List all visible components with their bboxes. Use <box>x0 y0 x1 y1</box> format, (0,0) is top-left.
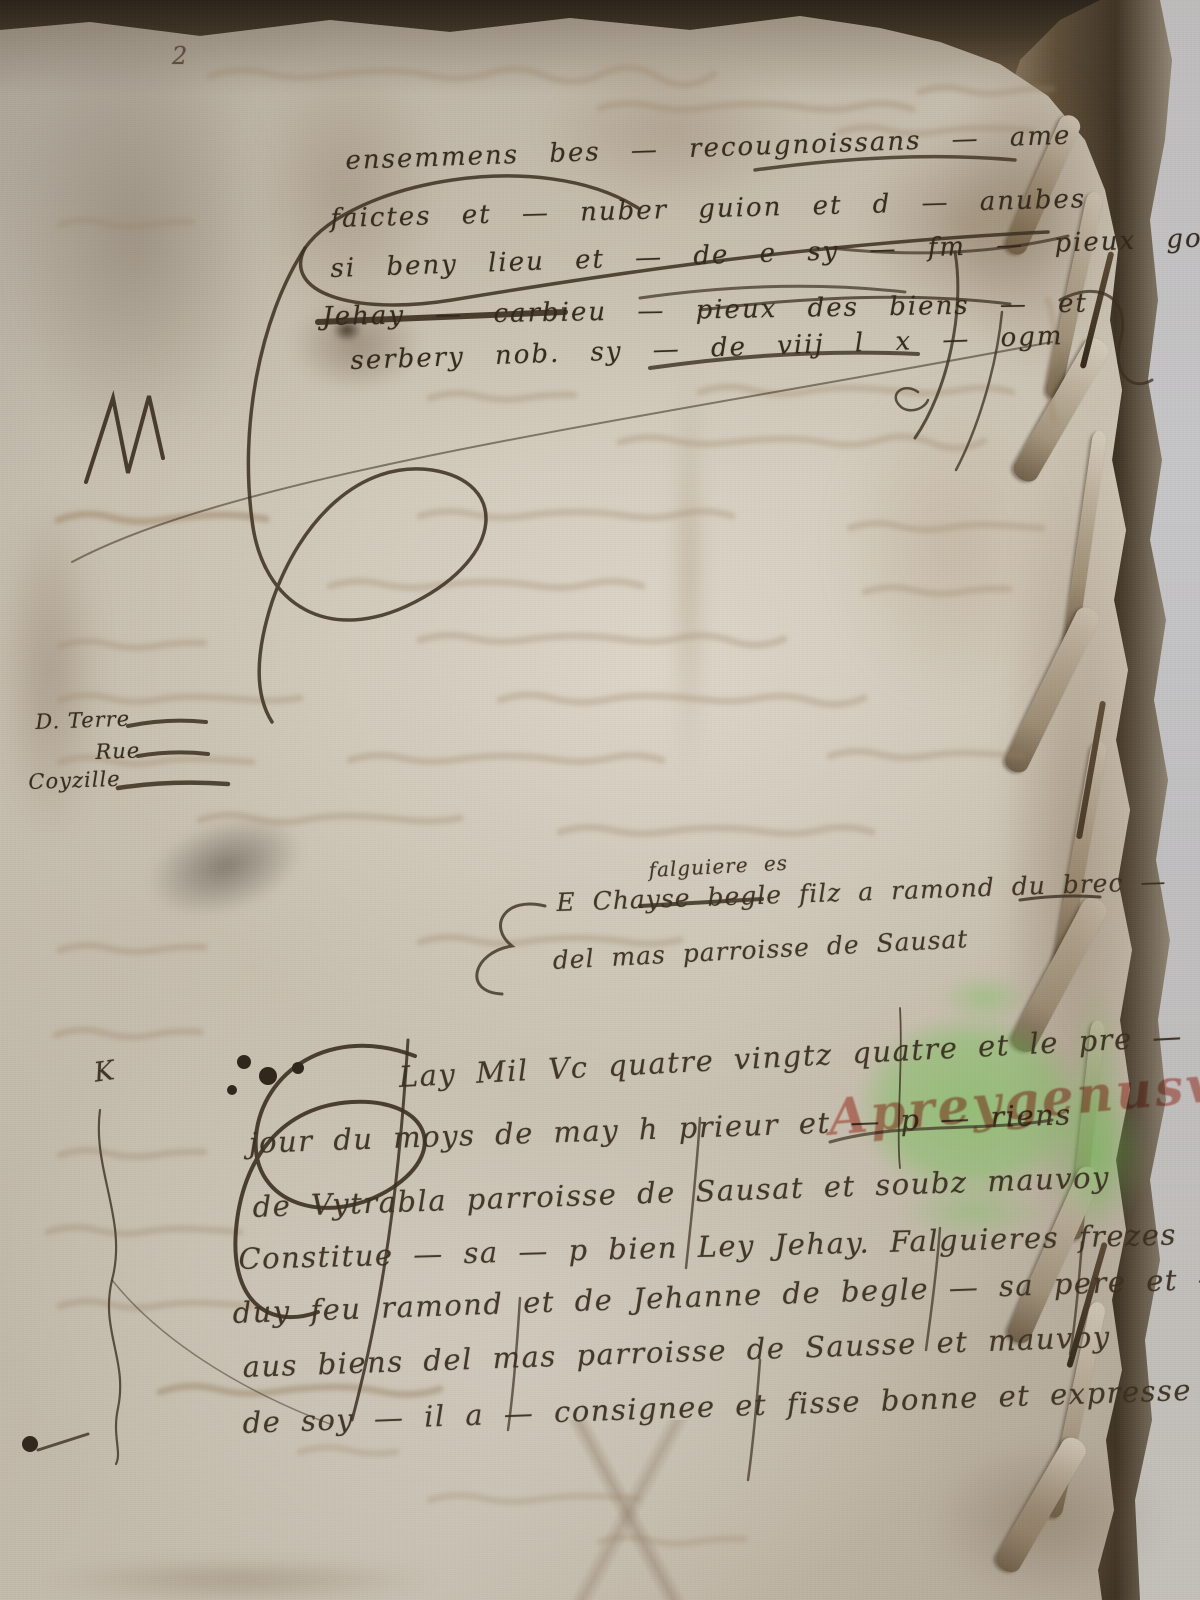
margin-mark: K <box>92 1055 116 1089</box>
margin-note-line: D. Terre <box>35 707 131 734</box>
margin-note-line: Rue <box>95 738 141 764</box>
page-number: 2 <box>172 42 187 70</box>
margin-note-line: Coyzille <box>28 767 121 794</box>
manuscript-photo: 2 ensemmens bes — recougnoissans — ame f… <box>0 0 1200 1600</box>
